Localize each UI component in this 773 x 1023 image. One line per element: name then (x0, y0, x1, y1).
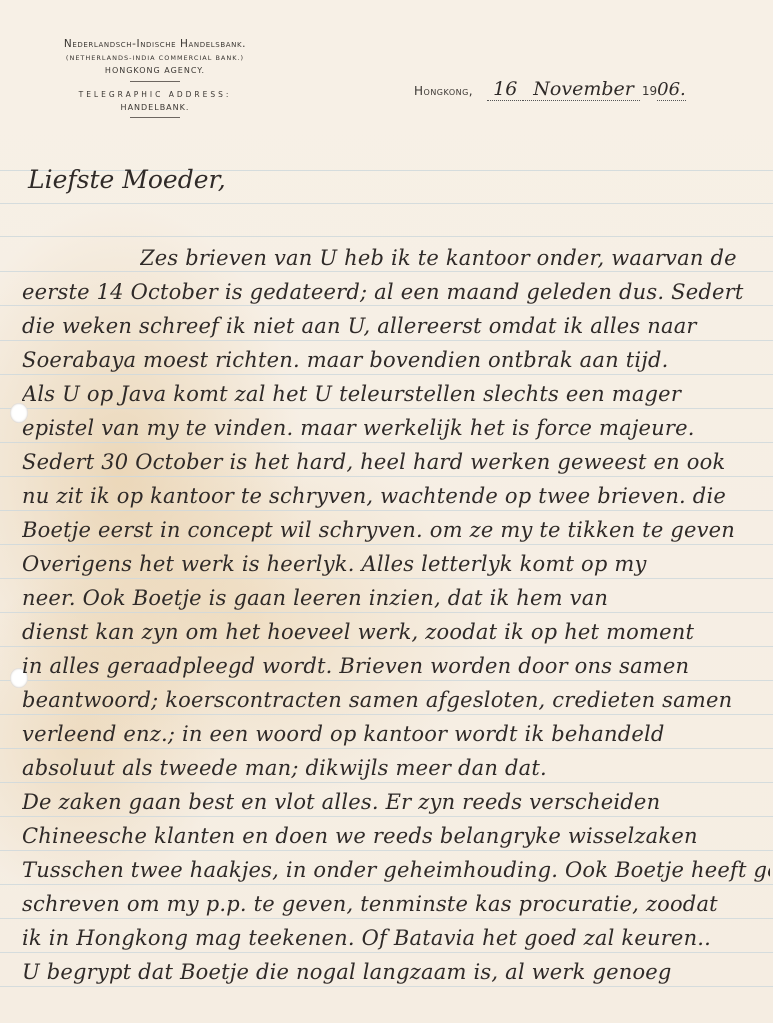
letter-line: Sedert 30 October is het hard, heel hard… (22, 449, 770, 475)
letter-line: ik in Hongkong mag teekenen. Of Batavia … (22, 925, 770, 951)
ornament-divider (130, 81, 180, 82)
letter-line: Overigens het werk is heerlyk. Alles let… (22, 551, 770, 577)
letter-line: Chineesche klanten en doen we reeds bela… (22, 823, 770, 849)
ruled-line (0, 782, 773, 783)
letter-line: schreven om my p.p. te geven, tenminste … (22, 891, 770, 917)
letterhead: Nederlandsch-Indische Handelsbank. (NETH… (20, 38, 290, 126)
ruled-line (0, 646, 773, 647)
ruled-line (0, 884, 773, 885)
ruled-line (0, 544, 773, 545)
letter-line: dienst kan zyn om het hoeveel werk, zood… (22, 619, 770, 645)
telegraphic-label: TELEGRAPHIC ADDRESS: (20, 90, 290, 99)
ruled-line (0, 305, 773, 306)
ruled-line (0, 476, 773, 477)
telegraphic-address: HANDELBANK. (20, 103, 290, 112)
ruled-line (0, 986, 773, 987)
letter-line: Als U op Java komt zal het U teleurstell… (22, 381, 770, 407)
ruled-line (0, 203, 773, 204)
ruled-line (0, 680, 773, 681)
ornament-divider (130, 117, 180, 118)
letter-line: neer. Ook Boetje is gaan leeren inzien, … (22, 585, 770, 611)
ruled-line (0, 442, 773, 443)
date-day: 16 (487, 78, 523, 101)
letter-line: absoluut als tweede man; dikwijls meer d… (22, 755, 770, 781)
ruled-line (0, 510, 773, 511)
letter-line: Soerabaya moest richten. maar bovendien … (22, 347, 770, 373)
letter-line: Tusschen twee haakjes, in onder geheimho… (22, 857, 770, 883)
letter-line: in alles geraadpleegd wordt. Brieven wor… (22, 653, 770, 679)
dateline: Hongkong, 16 November 19 06. (414, 78, 754, 101)
ruled-line (0, 408, 773, 409)
letter-line: beantwoord; koerscontracten samen afgesl… (22, 687, 770, 713)
ruled-line (0, 714, 773, 715)
date-month: November (523, 78, 640, 101)
ruled-line (0, 271, 773, 272)
letter-line: De zaken gaan best en vlot alles. Er zyn… (22, 789, 770, 815)
letter-line: Boetje eerst in concept wil schryven. om… (22, 517, 770, 543)
salutation: Liefste Moeder, (28, 165, 226, 194)
ruled-line (0, 918, 773, 919)
letter-line: verleend enz.; in een woord op kantoor w… (22, 721, 770, 747)
ruled-line (0, 578, 773, 579)
ruled-line (0, 748, 773, 749)
ruled-line (0, 816, 773, 817)
ruled-line (0, 236, 773, 237)
ruled-line (0, 850, 773, 851)
agency-name: HONGKONG AGENCY. (20, 66, 290, 75)
date-year-handwritten: 06. (657, 79, 686, 101)
letter-line: U begrypt dat Boetje die nogal langzaam … (22, 959, 770, 985)
ruled-line (0, 952, 773, 953)
letter-line: die weken schreef ik niet aan U, alleree… (22, 313, 770, 339)
city: Hongkong, (414, 84, 473, 98)
ruled-line (0, 340, 773, 341)
letter-line: Zes brieven van U heb ik te kantoor onde… (140, 245, 773, 271)
letter-line: epistel van my te vinden. maar werkelijk… (22, 415, 770, 441)
ruled-line (0, 612, 773, 613)
bank-name: Nederlandsch-Indische Handelsbank. (20, 38, 290, 50)
bank-subtitle: (NETHERLANDS-INDIA COMMERCIAL BANK.) (20, 54, 290, 62)
ruled-line (0, 374, 773, 375)
letter-line: eerste 14 October is gedateerd; al een m… (22, 279, 770, 305)
date-year-printed: 19 (642, 84, 657, 98)
letter-line: nu zit ik op kantoor te schryven, wachte… (22, 483, 770, 509)
